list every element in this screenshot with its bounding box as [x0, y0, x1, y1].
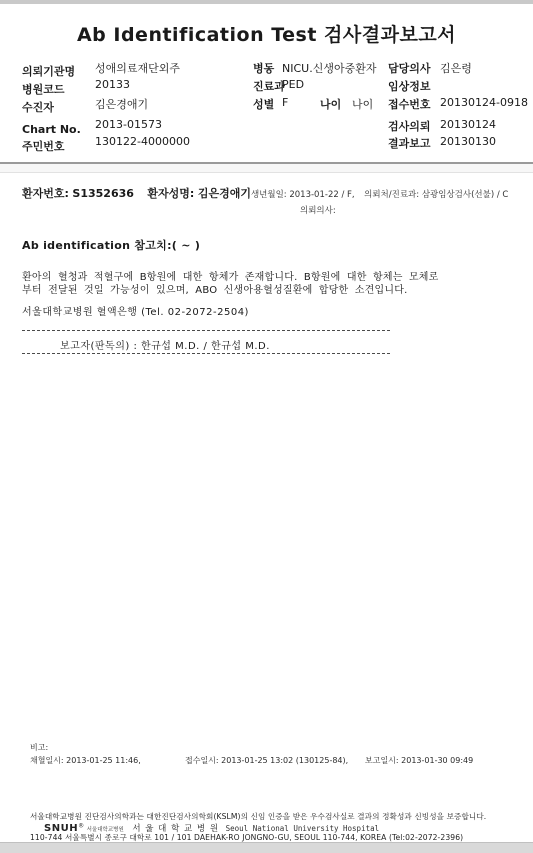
dashed-divider: [22, 330, 390, 331]
field-label: 성별: [253, 96, 274, 112]
bottom-edge-bar: [0, 842, 533, 853]
field-label: 담당의사: [388, 60, 431, 76]
field-value: 20133: [95, 78, 130, 91]
patient-bar: 환자번호: S1352636 환자성명: 김은경애기생년월일: 2013-01-…: [22, 185, 508, 201]
field-label: 수진자: [22, 96, 94, 115]
page-title: Ab Identification Test 검사결과보고서: [0, 20, 533, 47]
top-edge-bar: [0, 0, 533, 4]
result-comment-line: 부터 전달된 것일 가능성이 있으며, ABO 신생아용혈성질환에 합당한 소견…: [22, 281, 407, 296]
referral-info: 의뢰처/진료과: 삼광임상검사(선불) / C: [364, 190, 508, 200]
field-label: 병동: [253, 60, 274, 76]
birth-info: 생년월일: 2013-01-22 / F,: [251, 190, 355, 200]
patient-name: 김은경애기: [198, 187, 251, 200]
section-divider: [0, 162, 533, 173]
field-value: 나이: [352, 96, 373, 112]
field-value: 130122-4000000: [95, 135, 190, 148]
registered-mark-icon: ®: [78, 822, 84, 829]
remark-label: 비고:: [30, 742, 48, 753]
field-label: 결과보고: [388, 135, 431, 151]
report-page: Ab Identification Test 검사결과보고서 의뢰기관명 성애의…: [0, 0, 533, 853]
field-value: 20130124-0918: [440, 96, 533, 109]
report-time: 보고일시: 2013-01-30 09:49: [365, 755, 473, 766]
receipt-time: 접수일시: 2013-01-25 13:02 (130125-84),: [185, 755, 348, 766]
field-label: 진료과: [253, 78, 285, 94]
field-value: PED: [282, 78, 304, 91]
blood-bank-line: 서울대학교병원 혈액은행 (Tel. 02-2072-2504): [22, 303, 249, 318]
field-value: 20130130: [440, 135, 496, 148]
field-label: 나이: [320, 96, 341, 112]
field-label: 의뢰기관명: [22, 60, 94, 79]
field-label: 임상정보: [388, 78, 431, 94]
referring-doctor-label: 의뢰의사:: [300, 204, 336, 216]
collection-time: 채혈일시: 2013-01-25 11:46,: [30, 755, 141, 766]
field-value: 성애의료재단외주: [95, 60, 180, 76]
dashed-divider: [22, 353, 390, 354]
field-label: 접수번호: [388, 96, 431, 112]
accreditation-text: 서울대학교병원 진단검사의학과는 대한진단검사의학회(KSLM)의 신임 인증을…: [30, 811, 486, 822]
field-value: NICU.신생아중환자: [282, 60, 376, 76]
field-value: 20130124: [440, 118, 496, 131]
field-label: 검사의뢰: [388, 118, 431, 134]
field-label: 병원코드: [22, 78, 94, 97]
field-label: 주민번호: [22, 135, 94, 154]
field-value: 김은경애기: [95, 96, 148, 112]
field-value: F: [282, 96, 288, 109]
patient-no: S1352636: [72, 187, 134, 200]
field-value: 2013-01573: [95, 118, 162, 131]
test-reference-header: Ab identification 참고치:( ~ ): [22, 237, 200, 253]
reporter-line: 보고자(판독의) : 한규섭 M.D. / 한규섭 M.D.: [60, 337, 270, 352]
field-value: 김은령: [440, 60, 472, 76]
patient-no-label: 환자번호:: [22, 187, 69, 200]
patient-name-label: 환자성명:: [147, 187, 194, 200]
